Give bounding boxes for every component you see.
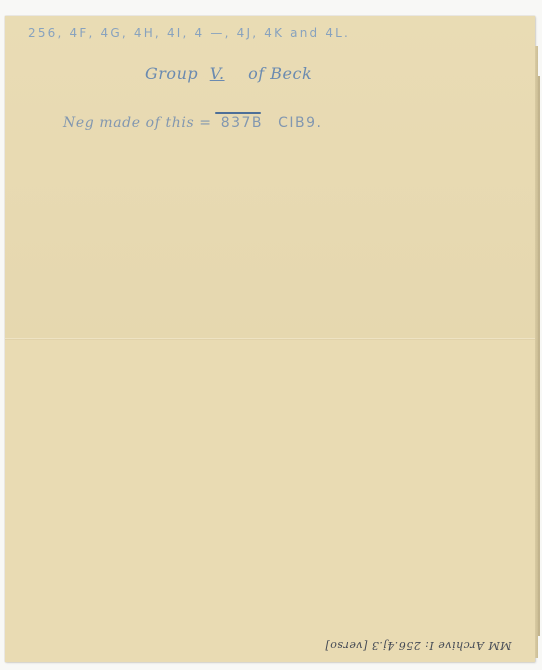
archive-reference-label: MM Archive I: 256.4j.3 [verso] [325,639,511,652]
paper-stacked-edge-outer [538,76,540,636]
fold-line [5,338,535,340]
negative-note-label: Neg made of this = [63,115,212,131]
group-roman-numeral: V. [210,64,225,83]
group-source: of Beck [248,64,312,83]
group-label: Group [145,64,198,83]
negative-reference-2: CIB9. [278,115,322,131]
handwritten-catalogue-numbers: 256, 4F, 4G, 4H, 4I, 4 —, 4J, 4K and 4L. [28,26,350,40]
handwritten-group-heading: Group V. of Beck [145,64,312,83]
handwritten-negative-note: Neg made of this = 837B CIB9. [63,115,322,131]
scan-background: 256, 4F, 4G, 4H, 4I, 4 —, 4J, 4K and 4L.… [0,0,542,670]
document-sheet: 256, 4F, 4G, 4H, 4I, 4 —, 4J, 4K and 4L.… [5,16,535,662]
negative-reference-1: 837B [221,115,263,131]
